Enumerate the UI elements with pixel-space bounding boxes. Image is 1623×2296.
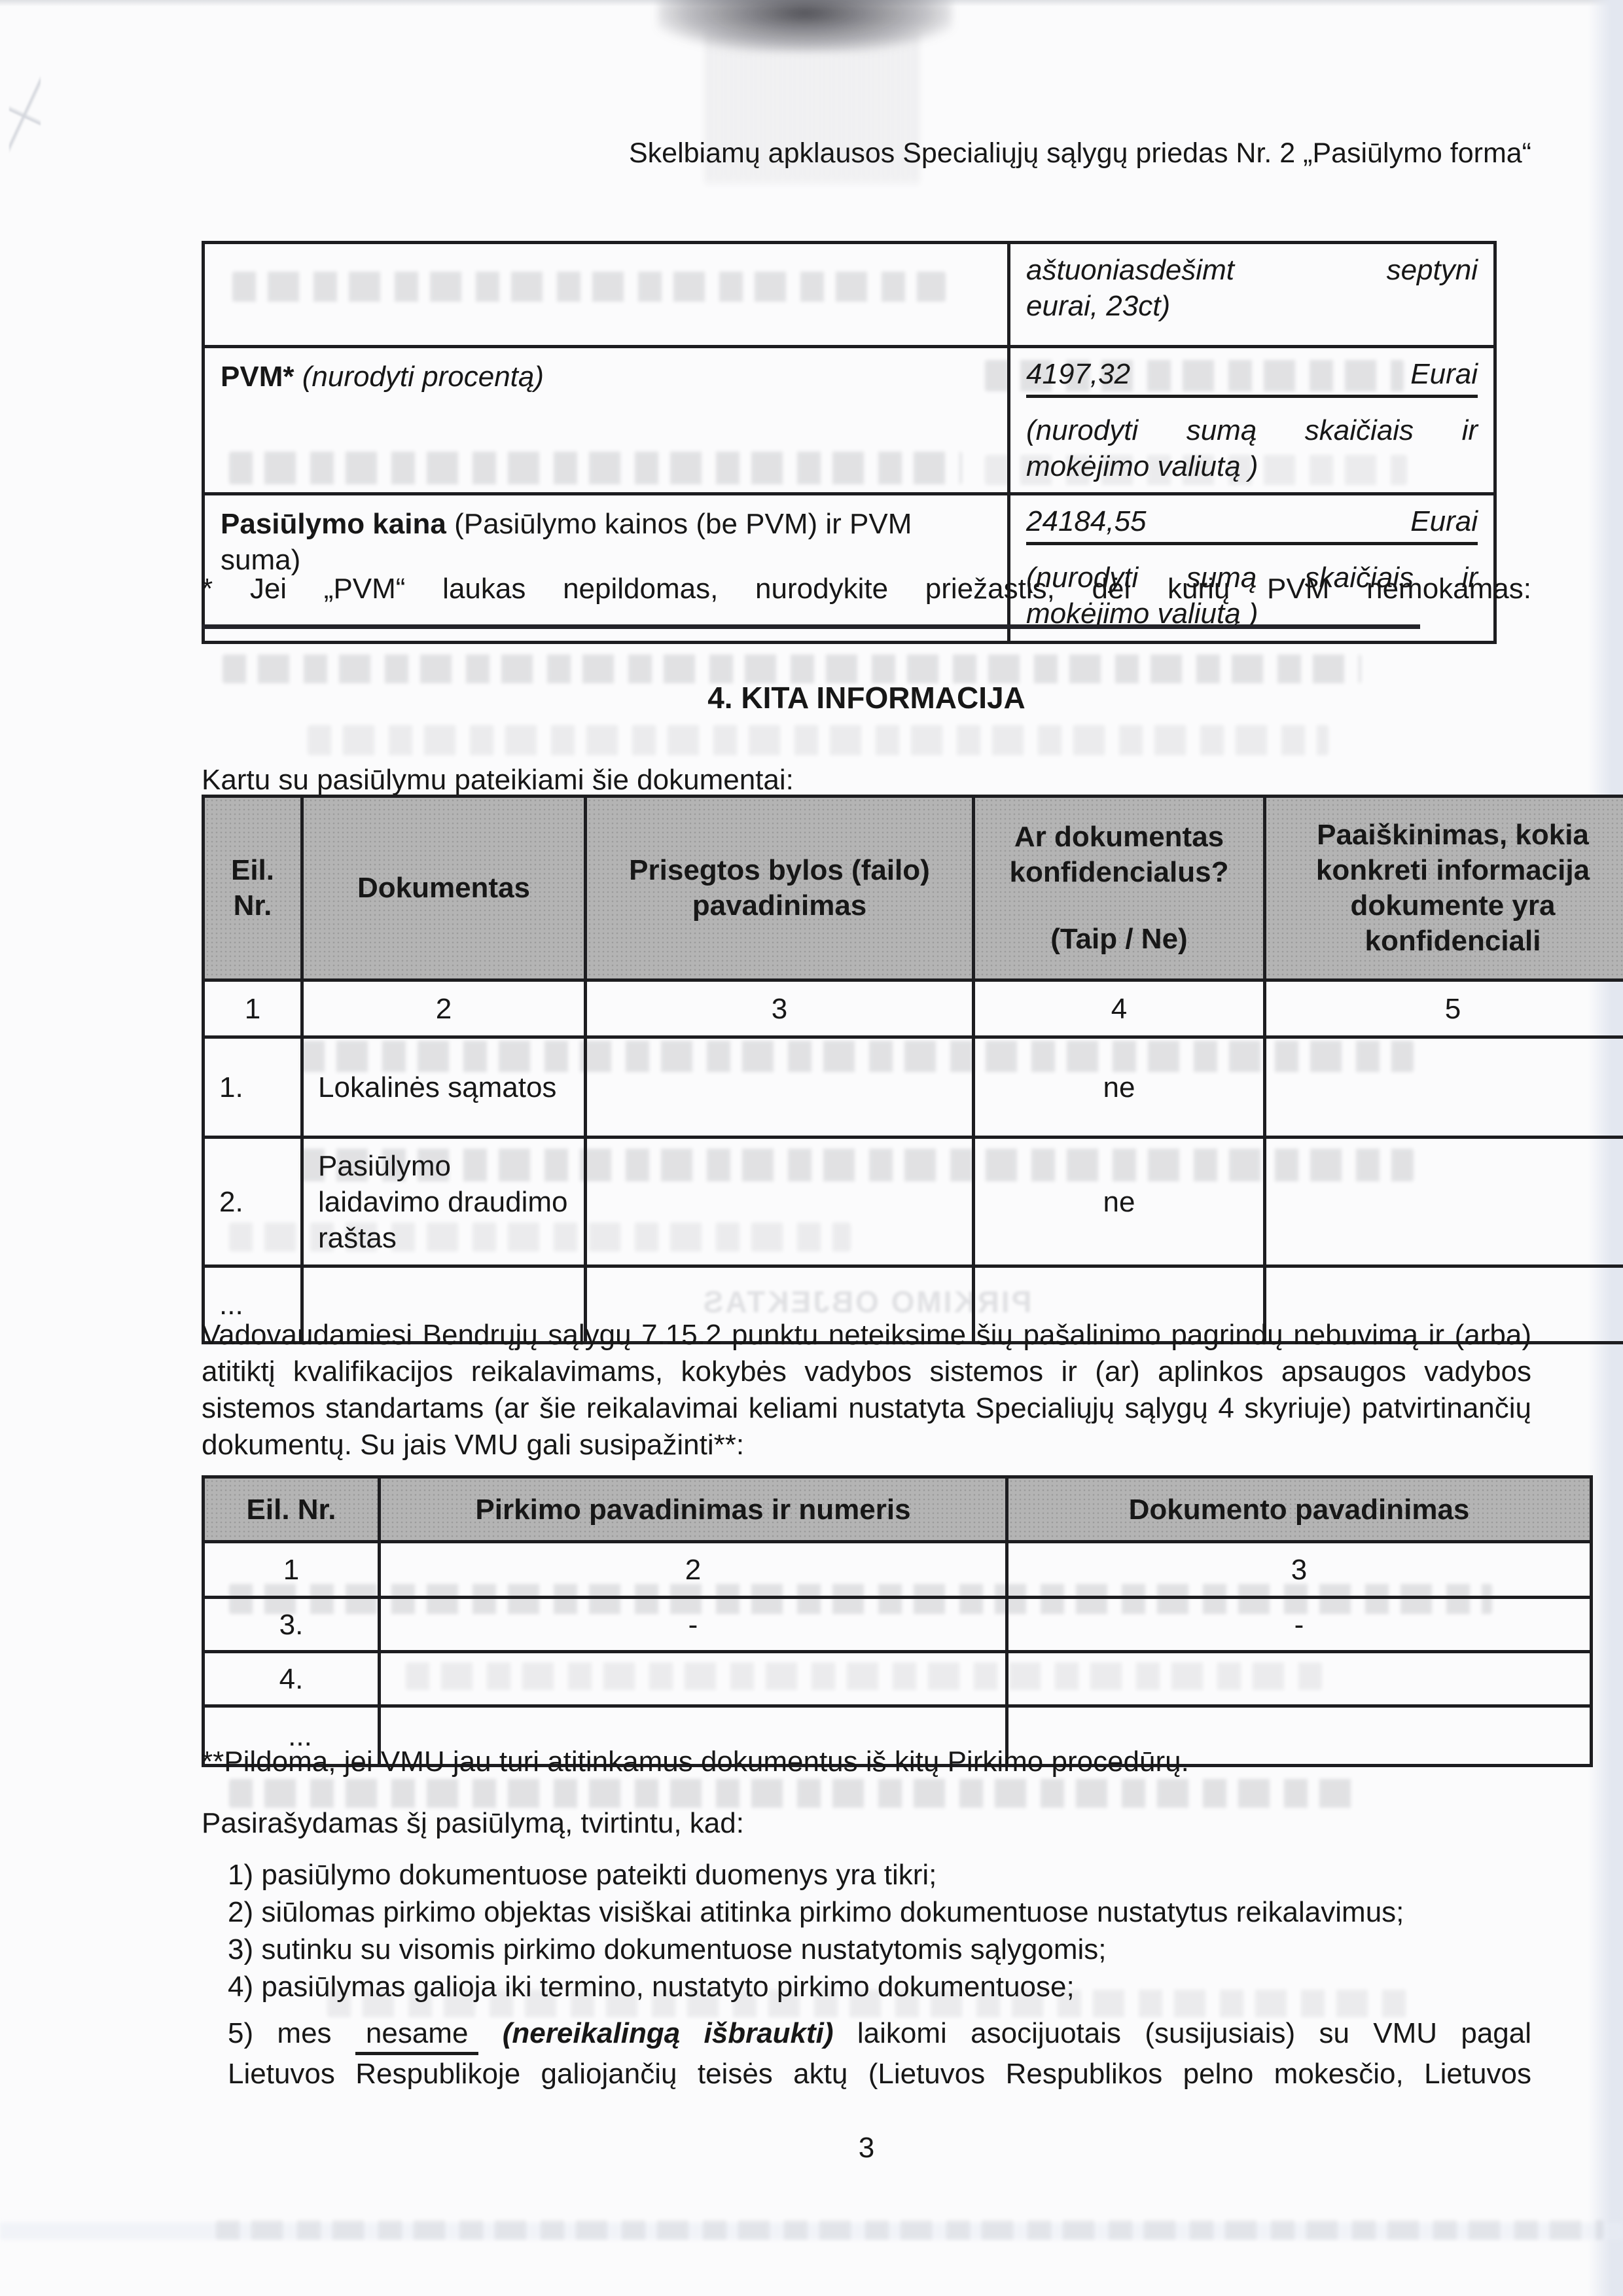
- header-eil-nr: Eil. Nr.: [204, 797, 302, 980]
- table-row: 3. - -: [204, 1598, 1592, 1652]
- item5-strike-instruction: (nereikalingą išbraukti): [503, 2017, 834, 2049]
- header-eil-nr: Eil. Nr.: [204, 1477, 380, 1542]
- declaration-item: 4) pasiūlymas galioja iki termino, nusta…: [228, 1968, 1531, 2005]
- declaration-list: 1) pasiūlymo dokumentuose pateikti duome…: [228, 1856, 1531, 2092]
- amount-words-right: septyni: [1387, 252, 1478, 288]
- pvm-value-cell: 4197,32 Eurai (nurodyti sumą skaičiais i…: [1009, 347, 1495, 494]
- amount-in-words-line: aštuoniasdešimt septyni: [1026, 252, 1478, 288]
- offer-price-amount: 24184,55: [1026, 503, 1147, 539]
- bleed-through-artifact: [216, 2220, 1603, 2240]
- column-number: 1: [204, 1542, 380, 1598]
- confidential-cell: ne: [974, 1037, 1265, 1138]
- document-cell: -: [1007, 1598, 1592, 1652]
- table-row: Pasiūlymo kaina (Pasiūlymo kainos (be PV…: [204, 494, 1495, 643]
- blank-answer-line: [202, 624, 1420, 629]
- column-number: 5: [1265, 980, 1623, 1037]
- bleed-through-artifact: [229, 1779, 1355, 1808]
- offer-price-value-cell: 24184,55 Eurai (nurodyti sumą skaičiais …: [1009, 494, 1495, 643]
- offer-price-label-cell: Pasiūlymo kaina (Pasiūlymo kainos (be PV…: [204, 494, 1009, 643]
- table-row: PVM* (nurodyti procentą) 4197,32 Eurai (…: [204, 347, 1495, 494]
- pvm-label: PVM*: [221, 361, 294, 393]
- pvm-footnote: * Jei „PVM“ laukas nepildomas, nurodykit…: [202, 571, 1531, 607]
- item5-prefix: 5) mes: [228, 2017, 332, 2049]
- header-paaiskinimas: Paaiškinimas, kokia konkreti informacija…: [1265, 797, 1623, 980]
- amount-in-words-line2: eurai, 23ct): [1026, 288, 1478, 324]
- currency-label: Eurai: [1410, 356, 1478, 392]
- table-header-row: Eil. Nr. Pirkimo pavadinimas ir numeris …: [204, 1477, 1592, 1542]
- row-number-cell: 4.: [204, 1652, 380, 1706]
- row-number-cell: 2.: [204, 1138, 302, 1266]
- scanned-document-page: PIRKIMO OBJEKTAS Skelbiamų apklausos Spe…: [0, 0, 1623, 2296]
- previous-documents-table: Eil. Nr. Pirkimo pavadinimas ir numeris …: [202, 1475, 1593, 1767]
- file-name-cell: [586, 1037, 974, 1138]
- column-number: 2: [380, 1542, 1007, 1598]
- column-number-row: 1 2 3: [204, 1542, 1592, 1598]
- procurement-cell: [380, 1652, 1007, 1706]
- document-cell: [1007, 1652, 1592, 1706]
- column-number: 4: [974, 980, 1265, 1037]
- offer-price-amount-line: 24184,55 Eurai: [1026, 503, 1478, 545]
- declaration-item: 2) siūlomas pirkimo objektas visiškai at…: [228, 1893, 1531, 1931]
- currency-label: Eurai: [1410, 503, 1478, 539]
- table-row: 2. Pasiūlymo laidavimo draudimo raštas n…: [204, 1138, 1623, 1266]
- pildoma-footnote: **Pildoma, jei VMU jau turi atitinkamus …: [202, 1744, 1531, 1780]
- header-konfidencialus: Ar dokumentas konfidencialus? (Taip / Ne…: [974, 797, 1265, 980]
- handwritten-corner-mark: [9, 76, 41, 154]
- qualification-paragraph: Vadovaudamiesi Bendrųjų sąlygų 7.15.2 pu…: [202, 1317, 1531, 1463]
- pvm-label-cell: PVM* (nurodyti procentą): [204, 347, 1009, 494]
- offer-price-label: Pasiūlymo kaina: [221, 508, 446, 540]
- header-konfidencialus-sub: (Taip / Ne): [984, 922, 1254, 957]
- item5-underlined-word: nesame: [355, 2015, 479, 2055]
- declaration-item-5-line2: Lietuvos Respublikoje galiojančių teisės…: [228, 2055, 1531, 2092]
- column-number: 3: [586, 980, 974, 1037]
- section-intro: Kartu su pasiūlymu pateikiami šie dokume…: [202, 762, 1531, 798]
- bleed-through-artifact: [308, 725, 1329, 755]
- header-pirkimo-pavadinimas: Pirkimo pavadinimas ir numeris: [380, 1477, 1007, 1542]
- header-prisegtos-bylos: Prisegtos bylos (failo) pavadinimas: [586, 797, 974, 980]
- column-number: 2: [302, 980, 586, 1037]
- confidential-cell: ne: [974, 1138, 1265, 1266]
- declaration-intro: Pasirašydamas šį pasiūlymą, tvirtintu, k…: [202, 1805, 1531, 1842]
- documents-table: Eil. Nr. Dokumentas Prisegtos bylos (fai…: [202, 795, 1623, 1344]
- declaration-item-5-line1: 5) mes nesame (nereikalingą išbraukti) l…: [228, 2015, 1531, 2055]
- pvm-label-hint: (nurodyti procentą): [302, 361, 544, 393]
- row-number-cell: 3.: [204, 1598, 380, 1652]
- pvm-value-hint: (nurodyti sumą skaičiais ir mokėjimo val…: [1026, 412, 1478, 484]
- declaration-item: 1) pasiūlymo dokumentuose pateikti duome…: [228, 1856, 1531, 1893]
- table-row: 1. Lokalinės sąmatos ne: [204, 1037, 1623, 1138]
- price-words-value-cell: aštuoniasdešimt septyni eurai, 23ct): [1009, 243, 1495, 347]
- procurement-cell: -: [380, 1598, 1007, 1652]
- header-konfidencialus-main: Ar dokumentas konfidencialus?: [984, 819, 1254, 890]
- explanation-cell: [1265, 1138, 1623, 1266]
- document-name-cell: Lokalinės sąmatos: [302, 1037, 586, 1138]
- document-name-cell: Pasiūlymo laidavimo draudimo raštas: [302, 1138, 586, 1266]
- row-number-cell: 1.: [204, 1037, 302, 1138]
- declaration-item: 3) sutinku su visomis pirkimo dokumentuo…: [228, 1931, 1531, 1968]
- table-row: aštuoniasdešimt septyni eurai, 23ct): [204, 243, 1495, 347]
- file-name-cell: [586, 1138, 974, 1266]
- pvm-amount: 4197,32: [1026, 356, 1130, 392]
- amount-words-left: aštuoniasdešimt: [1026, 252, 1234, 288]
- section-title: 4. KITA INFORMACIJA: [202, 679, 1531, 716]
- table-header-row: Eil. Nr. Dokumentas Prisegtos bylos (fai…: [204, 797, 1623, 980]
- document-header-note: Skelbiamų apklausos Specialiųjų sąlygų p…: [202, 135, 1535, 171]
- pvm-amount-line: 4197,32 Eurai: [1026, 356, 1478, 398]
- header-dokumentas: Dokumentas: [302, 797, 586, 980]
- table-row: 4.: [204, 1652, 1592, 1706]
- declaration-item-5: 5) mes nesame (nereikalingą išbraukti) l…: [228, 2015, 1531, 2092]
- header-dokumento-pavadinimas: Dokumento pavadinimas: [1007, 1477, 1592, 1542]
- item5-rest: laikomi asocijuotais (susijusiais) su VM…: [857, 2017, 1531, 2049]
- column-number: 3: [1007, 1542, 1592, 1598]
- page-number: 3: [202, 2130, 1531, 2166]
- column-number: 1: [204, 980, 302, 1037]
- column-number-row: 1 2 3 4 5: [204, 980, 1623, 1037]
- explanation-cell: [1265, 1037, 1623, 1138]
- price-words-label-cell: [204, 243, 1009, 347]
